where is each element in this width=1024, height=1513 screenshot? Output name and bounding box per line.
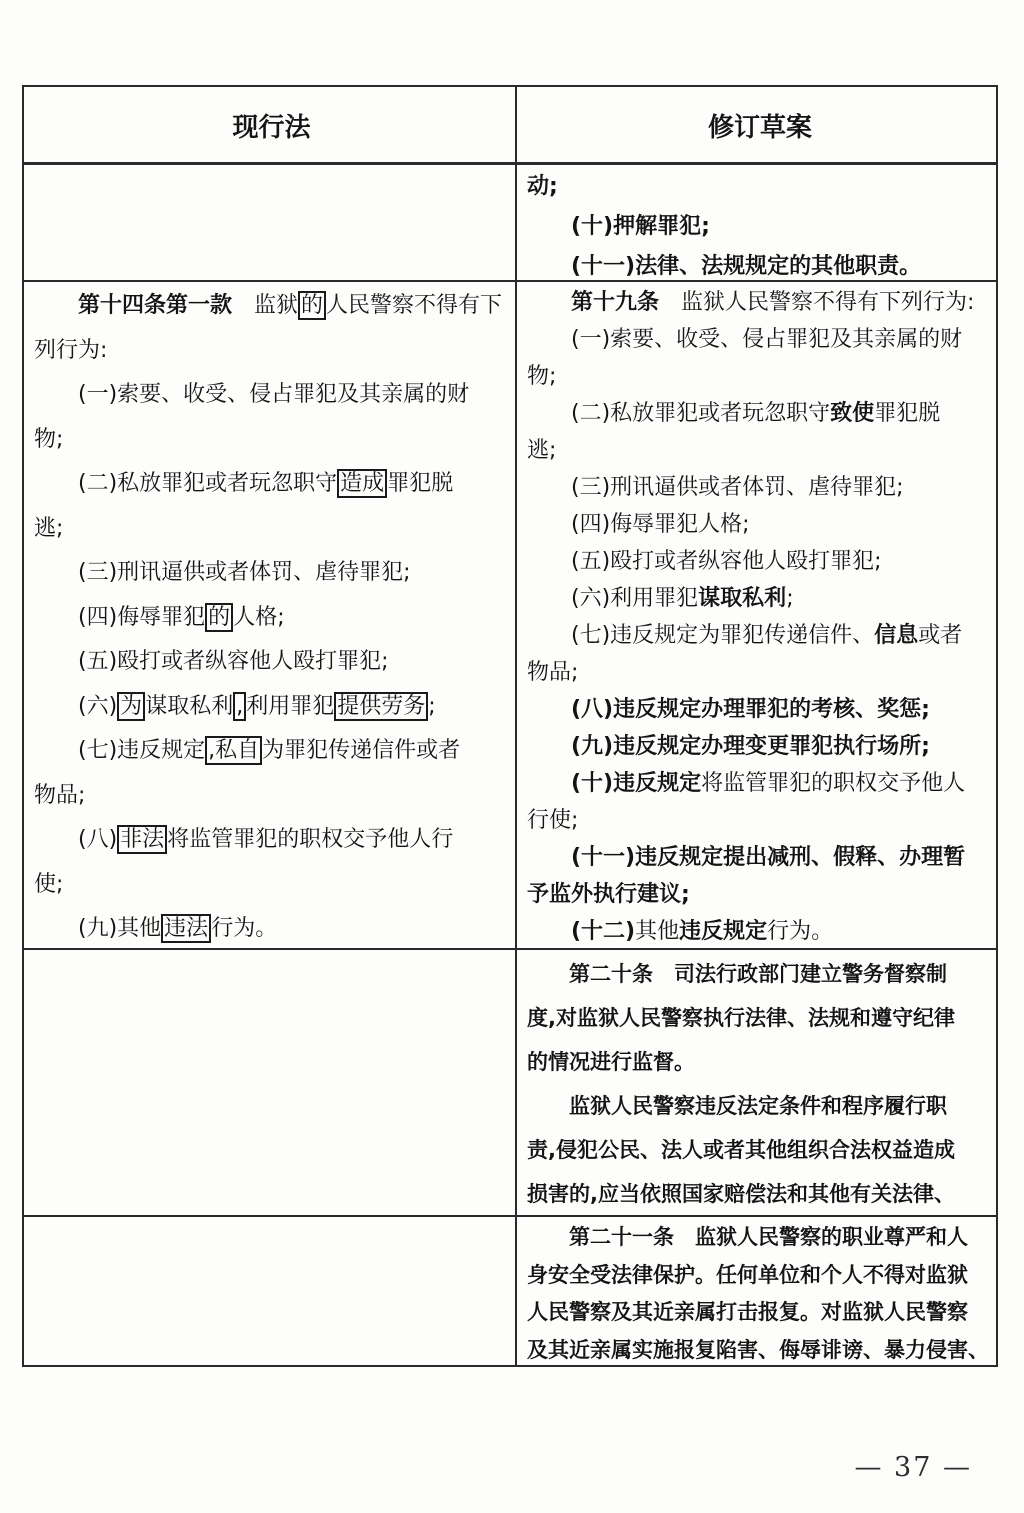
text-segment: ;: [786, 586, 793, 611]
current-law-cell: [24, 950, 517, 1215]
paragraph: 监狱人民警察违反法定条件和程序履行职 责,侵犯公民、法人或者其他组织合法权益造成…: [527, 1084, 993, 1215]
current-law-cell: 第十四条第一款 监狱的人民警察不得有下 列行为:(一)索要、收受、侵占罪犯及其亲…: [24, 282, 517, 948]
text-segment: (三)刑讯逼供或者体罚、虐待罪犯;: [571, 475, 904, 500]
page-number: — 37 —: [854, 1452, 972, 1483]
text-segment: (四)侮辱罪犯: [78, 605, 205, 630]
paragraph: (一)索要、收受、侵占罪犯及其亲属的财 物;: [527, 321, 993, 395]
text-segment: (二)私放罪犯或者玩忽职守: [571, 401, 830, 426]
text-segment: 利用罪犯: [246, 694, 334, 719]
paragraph: 第十四条第一款 监狱的人民警察不得有下 列行为:: [34, 284, 509, 373]
text-segment: (十)押解罪犯;: [571, 214, 710, 239]
paragraph: (十一)法律、法规规定的其他职责。: [527, 247, 993, 280]
deleted-text-box: 的: [205, 603, 233, 632]
deleted-text-box: 违法: [161, 914, 211, 943]
paragraph: (六)利用罪犯谋取私利;: [527, 580, 993, 617]
text-segment: (六)利用罪犯: [571, 586, 698, 611]
table-row: 动;(十)押解罪犯;(十一)法律、法规规定的其他职责。: [24, 162, 996, 280]
text-segment: 违反规定: [679, 919, 767, 944]
paragraph: 第十九条 监狱人民警察不得有下列行为:: [527, 284, 993, 321]
text-segment: (一)索要、收受、侵占罪犯及其亲属的财 物;: [527, 327, 962, 389]
deleted-text-box: 造成: [337, 469, 387, 498]
text-segment: 第二十一条 监狱人民警察的职业尊严和人 身安全受法律保护。任何单位和个人不得对监…: [527, 1225, 989, 1362]
paragraph: (十)违反规定将监管罪犯的职权交予他人 行使;: [527, 765, 993, 839]
table-header-row: 现行法 修订草案: [24, 87, 996, 162]
paragraph: (四)侮辱罪犯的人格;: [34, 596, 509, 641]
deleted-text-box: ,: [233, 692, 246, 721]
revised-draft-cell: 第二十条 司法行政部门建立警务督察制 度,对监狱人民警察执行法律、法规和遵守纪律…: [517, 950, 996, 1215]
text-segment: (七)违反规定: [78, 738, 205, 763]
paragraph: (二)私放罪犯或者玩忽职守造成罪犯脱 逃;: [34, 462, 509, 551]
text-segment: (三)刑讯逼供或者体罚、虐待罪犯;: [78, 560, 411, 585]
deleted-text-box: 的: [298, 291, 326, 320]
paragraph: 动;: [527, 167, 993, 207]
table-row: 第二十一条 监狱人民警察的职业尊严和人 身安全受法律保护。任何单位和个人不得对监…: [24, 1215, 996, 1365]
paragraph: (十一)违反规定提出减刑、假释、办理暂 予监外执行建议;: [527, 839, 993, 913]
text-segment: 第二十条 司法行政部门建立警务督察制 度,对监狱人民警察执行法律、法规和遵守纪律…: [527, 962, 955, 1074]
text-segment: (七)违反规定为罪犯传递信件、: [571, 623, 874, 648]
text-segment: (六): [78, 694, 117, 719]
paragraph: (十二)其他违反规定行为。: [527, 913, 993, 948]
paragraph: (六)为谋取私利,利用罪犯提供劳务;: [34, 685, 509, 730]
text-segment: (四)侮辱罪犯人格;: [571, 512, 750, 537]
table-row: 第二十条 司法行政部门建立警务督察制 度,对监狱人民警察执行法律、法规和遵守纪律…: [24, 948, 996, 1215]
revised-draft-cell: 第十九条 监狱人民警察不得有下列行为:(一)索要、收受、侵占罪犯及其亲属的财 物…: [517, 282, 996, 948]
paragraph: (一)索要、收受、侵占罪犯及其亲属的财 物;: [34, 373, 509, 462]
deleted-text-box: 为: [117, 692, 145, 721]
current-law-cell: [24, 1217, 517, 1365]
comparison-table: 现行法 修订草案 动;(十)押解罪犯;(十一)法律、法规规定的其他职责。 第十四…: [22, 85, 998, 1367]
paragraph: (二)私放罪犯或者玩忽职守致使罪犯脱 逃;: [527, 395, 993, 469]
deleted-text-box: 提供劳务: [334, 692, 428, 721]
paragraph: (四)侮辱罪犯人格;: [527, 506, 993, 543]
text-segment: (二)私放罪犯或者玩忽职守: [78, 471, 337, 496]
current-law-cell: [24, 165, 517, 280]
deleted-text-box: ,私自: [205, 736, 262, 765]
document-page: 现行法 修订草案 动;(十)押解罪犯;(十一)法律、法规规定的其他职责。 第十四…: [0, 0, 1024, 1513]
text-segment: 谋取私利: [698, 586, 786, 611]
text-segment: (八)违反规定办理罪犯的考核、奖惩;: [571, 697, 930, 722]
deleted-text-box: 非法: [117, 825, 167, 854]
text-segment: 第十九条: [571, 290, 659, 315]
paragraph: (九)其他违法行为。: [34, 907, 509, 948]
column-header-current-law: 现行法: [24, 87, 517, 162]
text-segment: 监狱人民警察不得有下列行为:: [659, 290, 974, 315]
text-segment: 行为。: [767, 919, 833, 944]
text-segment: 行为。: [211, 916, 277, 941]
text-segment: 信息: [874, 623, 918, 648]
text-segment: (一)索要、收受、侵占罪犯及其亲属的财 物;: [34, 382, 469, 452]
text-segment: (九)违反规定办理变更罪犯执行场所;: [571, 734, 930, 759]
paragraph: (三)刑讯逼供或者体罚、虐待罪犯;: [34, 551, 509, 596]
revised-draft-cell: 动;(十)押解罪犯;(十一)法律、法规规定的其他职责。: [517, 165, 996, 280]
text-segment: (十二): [571, 919, 635, 944]
text-segment: (五)殴打或者纵容他人殴打罪犯;: [78, 649, 389, 674]
text-segment: 其他: [635, 919, 679, 944]
paragraph: (五)殴打或者纵容他人殴打罪犯;: [527, 543, 993, 580]
text-segment: ;: [428, 694, 435, 719]
paragraph: (八)非法将监管罪犯的职权交予他人行 使;: [34, 818, 509, 907]
text-segment: 动;: [527, 174, 558, 199]
paragraph: (七)违反规定为罪犯传递信件、信息或者 物品;: [527, 617, 993, 691]
text-segment: 谋取私利: [145, 694, 233, 719]
paragraph: (九)违反规定办理变更罪犯执行场所;: [527, 728, 993, 765]
text-segment: (八): [78, 827, 117, 852]
text-segment: 人格;: [233, 605, 284, 630]
text-segment: (九)其他: [78, 916, 161, 941]
text-segment: 监狱: [232, 293, 298, 318]
paragraph: 第二十条 司法行政部门建立警务督察制 度,对监狱人民警察执行法律、法规和遵守纪律…: [527, 952, 993, 1084]
text-segment: 监狱人民警察违反法定条件和程序履行职 责,侵犯公民、法人或者其他组织合法权益造成…: [527, 1094, 955, 1215]
paragraph: (七)违反规定,私自为罪犯传递信件或者 物品;: [34, 729, 509, 818]
table-row: 第十四条第一款 监狱的人民警察不得有下 列行为:(一)索要、收受、侵占罪犯及其亲…: [24, 280, 996, 948]
text-segment: (十一)法律、法规规定的其他职责。: [571, 254, 921, 279]
text-segment: (十)违反规定: [571, 771, 701, 796]
paragraph: 第二十一条 监狱人民警察的职业尊严和人 身安全受法律保护。任何单位和个人不得对监…: [527, 1219, 993, 1365]
revised-draft-cell: 第二十一条 监狱人民警察的职业尊严和人 身安全受法律保护。任何单位和个人不得对监…: [517, 1217, 996, 1365]
paragraph: (三)刑讯逼供或者体罚、虐待罪犯;: [527, 469, 993, 506]
paragraph: (十)押解罪犯;: [527, 207, 993, 247]
text-segment: (五)殴打或者纵容他人殴打罪犯;: [571, 549, 882, 574]
paragraph: (五)殴打或者纵容他人殴打罪犯;: [34, 640, 509, 685]
text-segment: 第十四条第一款: [78, 293, 232, 318]
paragraph: (八)违反规定办理罪犯的考核、奖惩;: [527, 691, 993, 728]
text-segment: (十一)违反规定提出减刑、假释、办理暂 予监外执行建议;: [527, 845, 965, 907]
text-segment: 致使: [830, 401, 874, 426]
column-header-revised-draft: 修订草案: [517, 87, 996, 162]
